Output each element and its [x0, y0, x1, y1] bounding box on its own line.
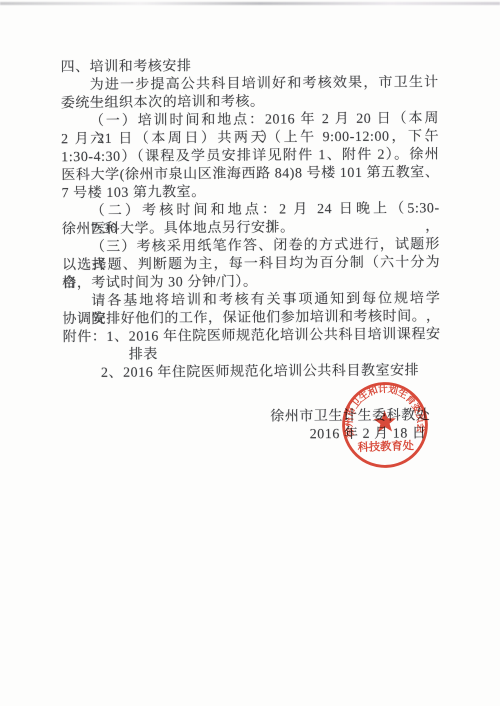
document-line: （二）考核时间和地点：2 月 24 日晚上（5:30-7:30）， [62, 200, 440, 221]
document-line: 以选择题、判断题为主，每一科目均为百分制（六十分为合 [62, 254, 440, 275]
scanned-document-page: 四、培训和考核安排为进一步提高公共科目培训好和考核效果，市卫生计生委统一组织本次… [0, 0, 500, 706]
document-line: 医科大学(徐州市泉山区淮海西路 84)8 号楼 101 第五教室、 [61, 164, 439, 185]
document-line: 为进一步提高公共科目培训好和考核效果，市卫生计生 [61, 74, 439, 95]
seal-star-icon [373, 410, 396, 432]
seal-bottom-text: 科技教育处 [356, 438, 414, 454]
svg-text:徐州市卫生和计划生育委员会: 徐州市卫生和计划生育委员会 [340, 381, 428, 439]
scan-artifact-top-edge [0, 2, 500, 5]
seal-ring-text: 徐州市卫生和计划生育委员会 [340, 381, 428, 439]
official-seal: 徐州市卫生和计划生育委员会 科技教育处 [338, 378, 431, 471]
document-line: 附件：1、2016 年住院医师规范化培训公共科目培训课程安 [63, 326, 441, 347]
body-text-lines: 四、培训和考核安排为进一步提高公共科目培训好和考核效果，市卫生计生委统一组织本次… [60, 56, 441, 383]
